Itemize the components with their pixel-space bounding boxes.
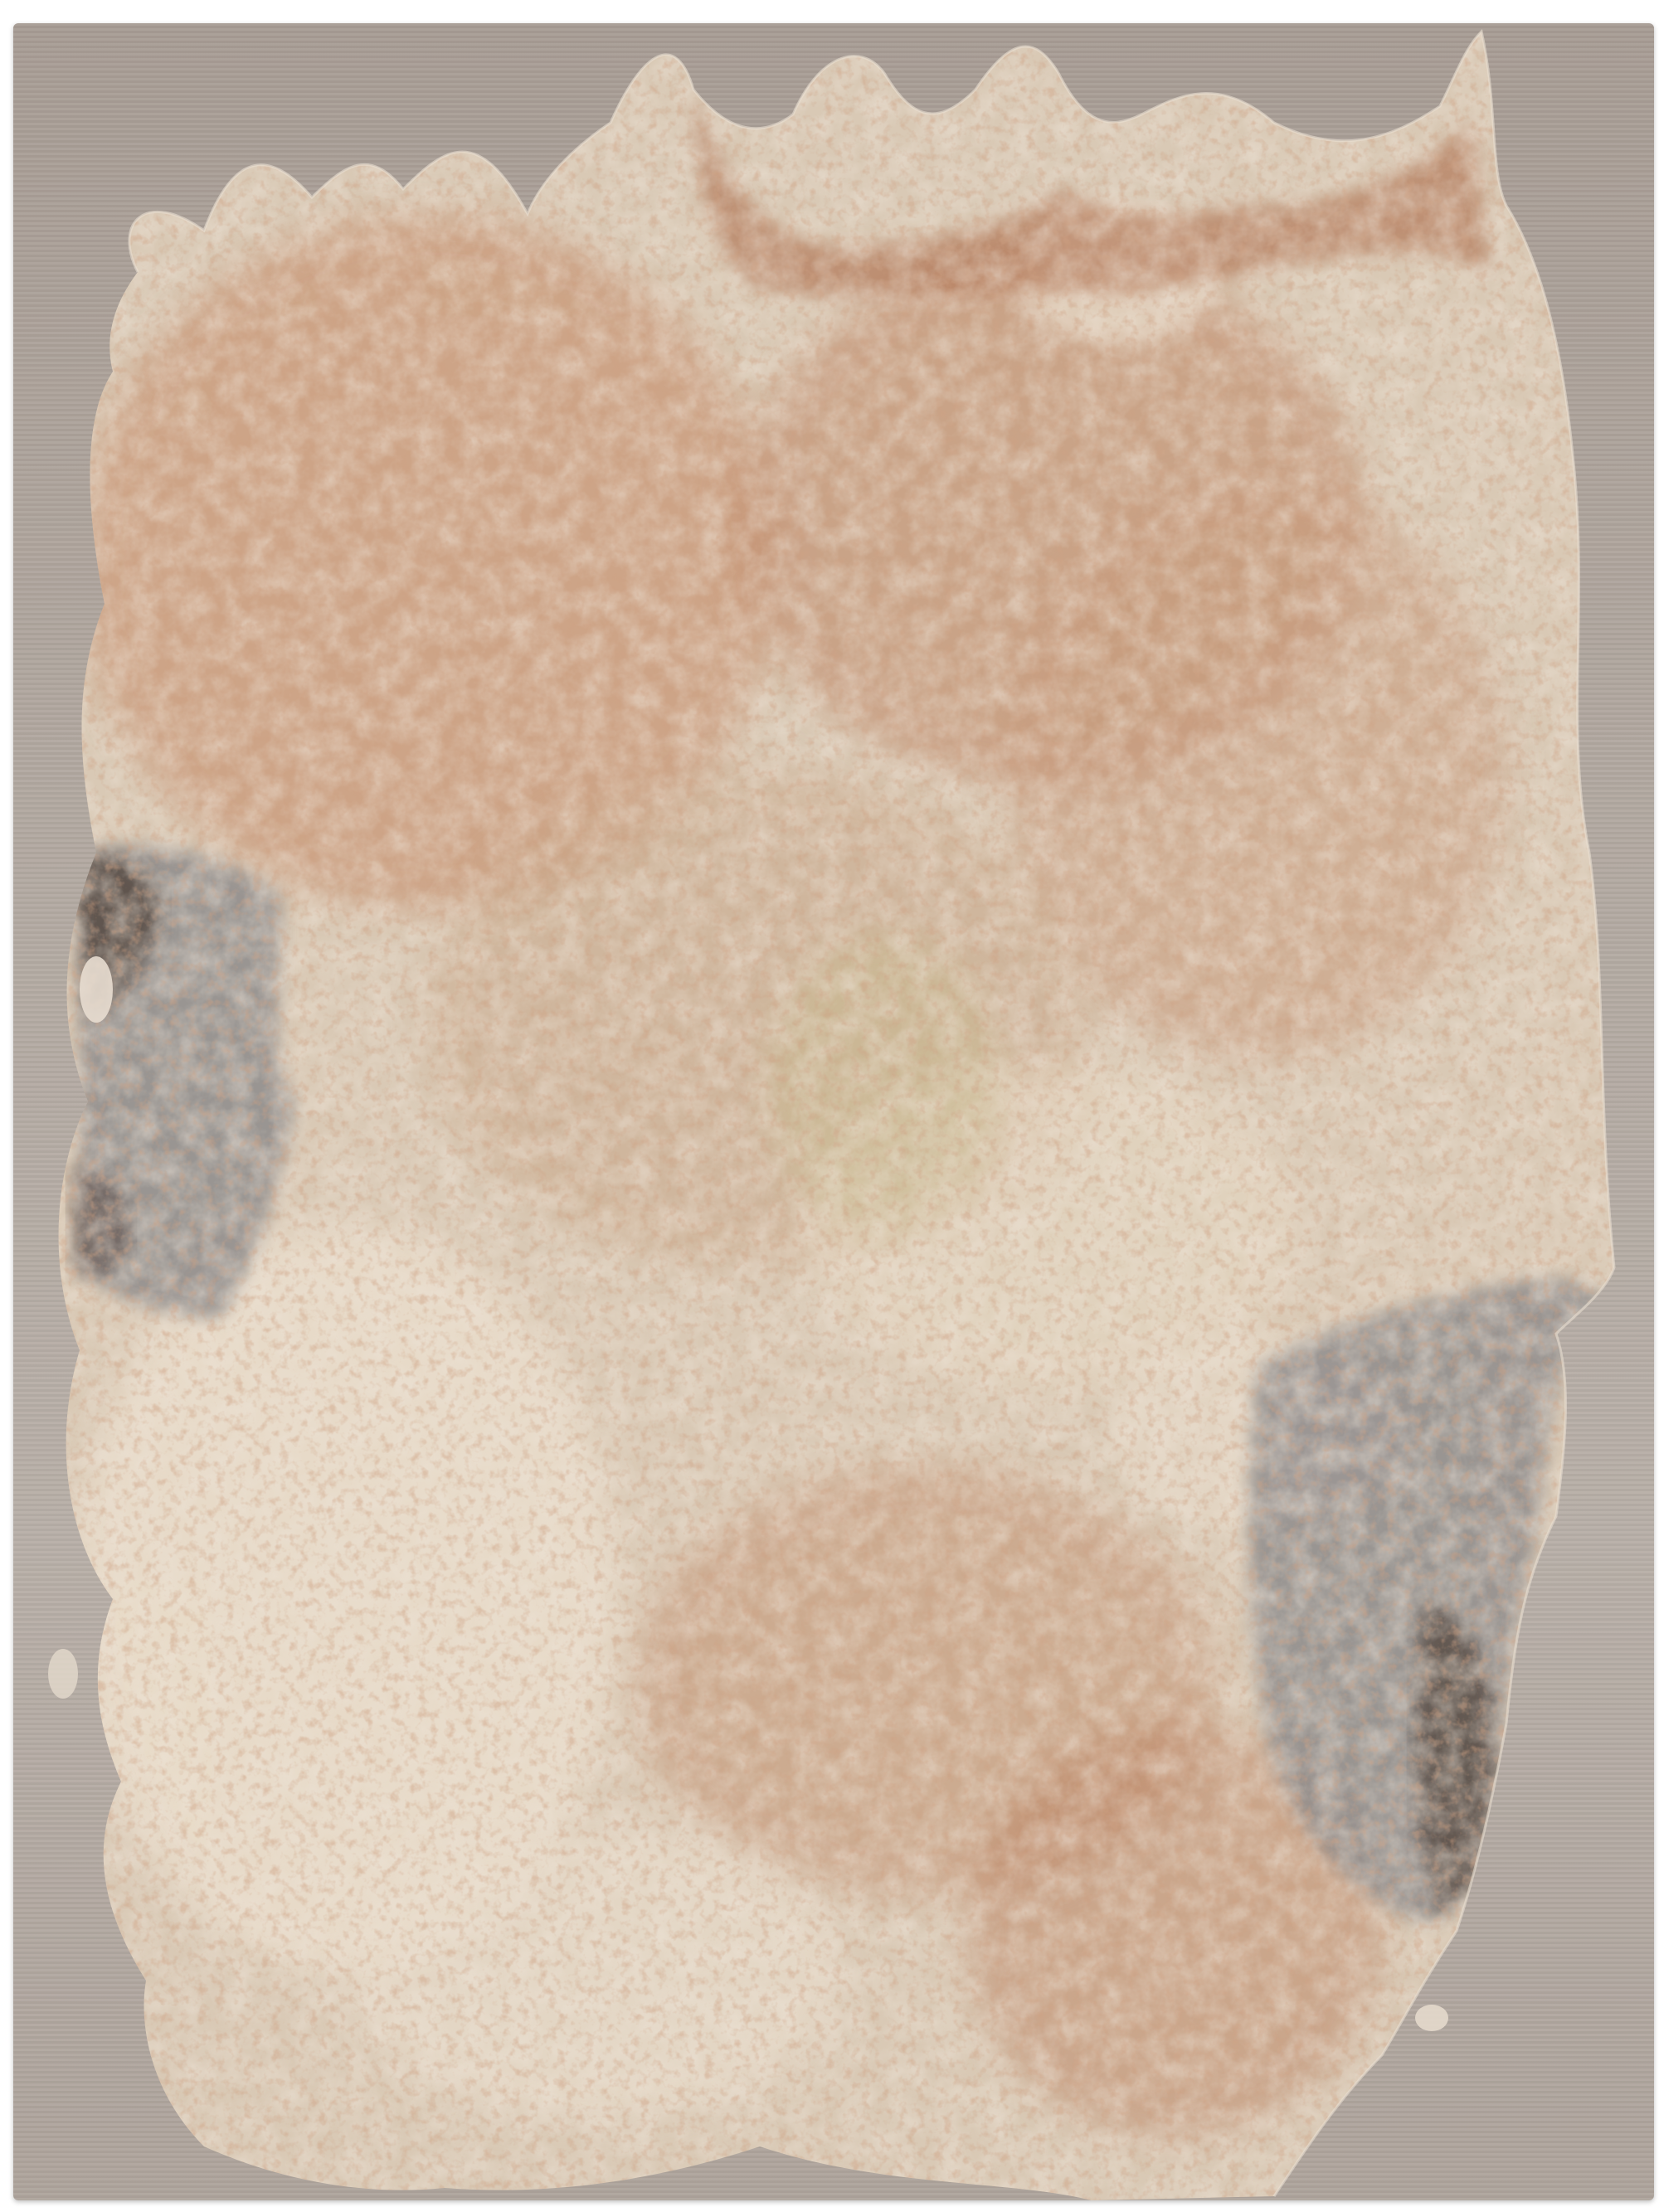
rug [13, 23, 1654, 2200]
rug-field-pattern [13, 23, 1654, 2200]
island [80, 956, 113, 1023]
